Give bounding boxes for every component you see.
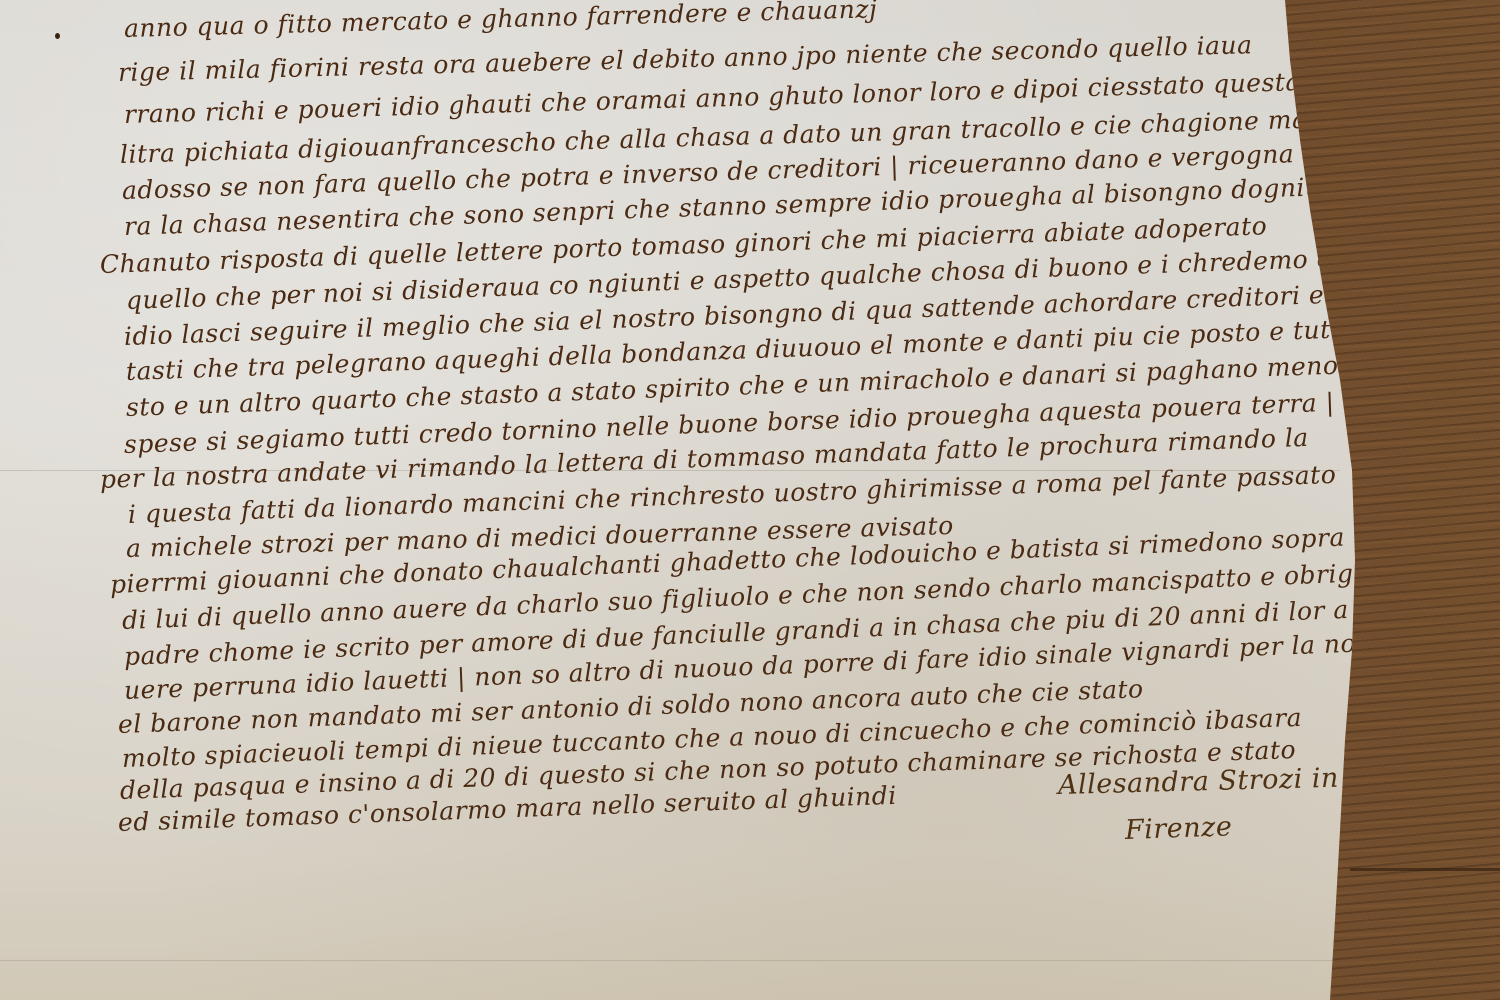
manuscript-page: anno qua o fitto mercato e ghanno farren… [0, 0, 1355, 1000]
paper-fold-line [0, 960, 1340, 961]
letter-line-1: anno qua o fitto mercato e ghanno farren… [124, 0, 878, 43]
signature-place: Firenze [1124, 811, 1232, 846]
signature-name: Allesandra Strozi in [1058, 763, 1340, 801]
table-board-seam [1350, 868, 1500, 871]
ink-spot [55, 33, 60, 39]
